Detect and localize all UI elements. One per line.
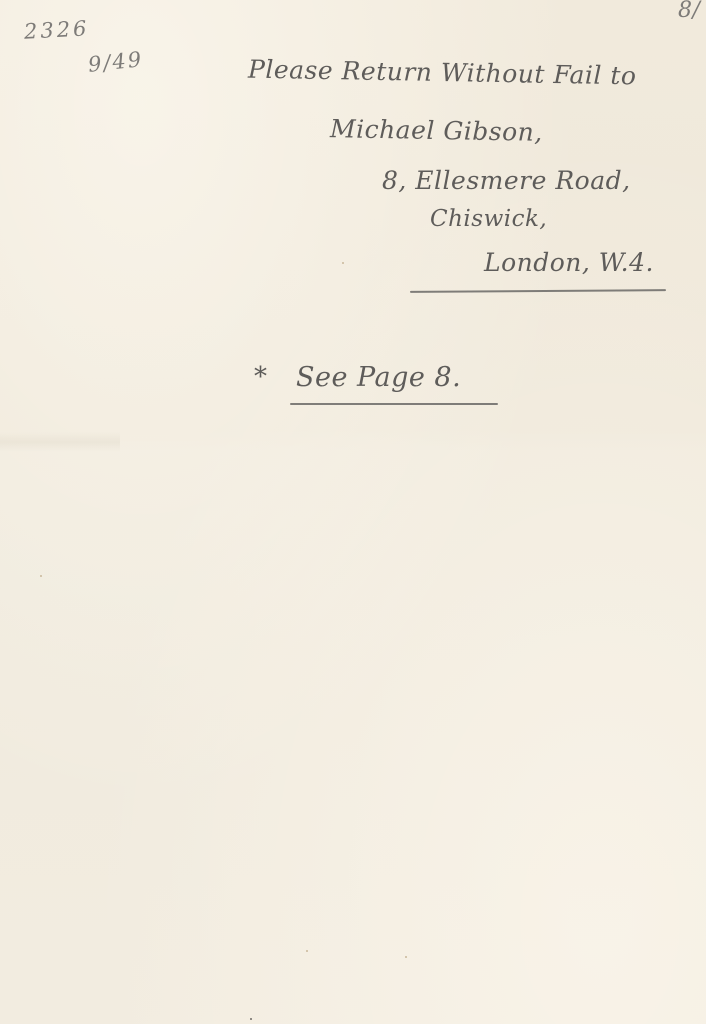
address-underline: [410, 289, 666, 293]
document-page: 2326 9/49 8/ Please Return Without Fail …: [0, 0, 706, 1024]
owner-name: Michael Gibson,: [330, 114, 543, 147]
address-district: Chiswick,: [430, 206, 547, 232]
asterisk-marker: *: [254, 362, 268, 392]
paper-speck: [250, 1018, 252, 1020]
paper-speck: [342, 262, 344, 264]
catalog-date: 9/49: [87, 47, 144, 77]
paper-fold-shadow: [0, 432, 120, 452]
catalog-number: 2326: [23, 16, 90, 43]
address-street: 8, Ellesmere Road,: [382, 166, 631, 195]
address-city: London, W.4.: [484, 248, 654, 277]
paper-speck: [40, 575, 42, 577]
note-underline: [290, 403, 498, 405]
paper-speck: [405, 956, 407, 958]
paper-speck: [306, 950, 308, 952]
return-heading: Please Return Without Fail to: [248, 55, 637, 91]
see-page-note: See Page 8.: [296, 362, 461, 393]
corner-mark: 8/: [678, 0, 700, 23]
